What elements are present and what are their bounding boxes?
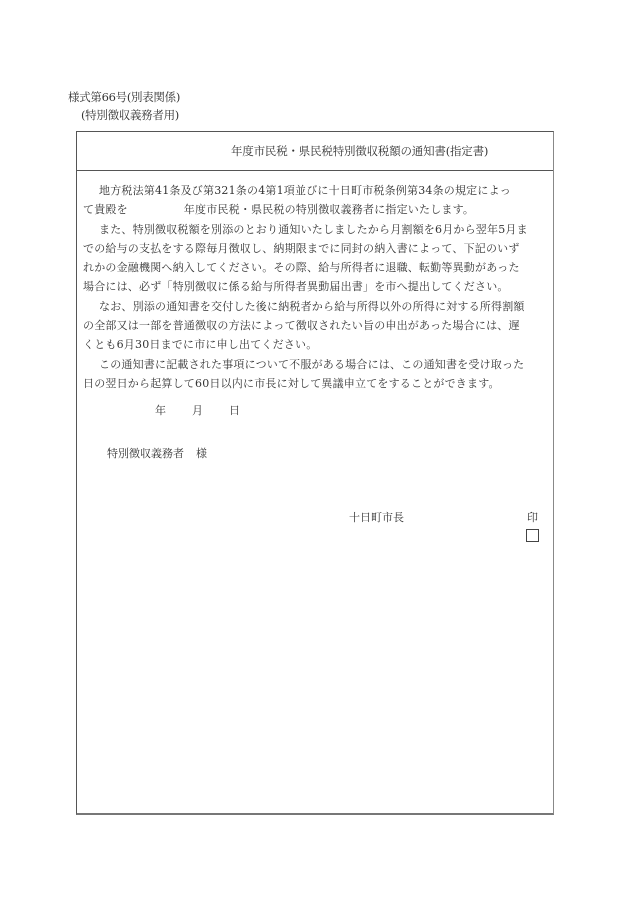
body-line-legal-basis: 地方税法第41条及び第321条の4第1項並びに十日町市税条例第34条の規定によっ: [83, 181, 551, 200]
title-row: 年度市民税・県民税特別徴収税額の通知書(指定書): [77, 132, 553, 171]
year-label: 年: [155, 403, 166, 419]
document-title: 年度市民税・県民税特別徴収税額の通知書(指定書): [231, 143, 488, 159]
recipient-label: 特別徴収義務者: [107, 447, 184, 460]
day-label: 日: [229, 403, 240, 419]
body-line-payment: での給与の支払をする際毎月徴収し、納期限までに同封の納入書によって、下記のいず: [83, 239, 551, 258]
form-subtitle: (特別徴収義務者用): [81, 107, 179, 123]
body-line-financial-institution: れかの金融機関へ納入してください。その際、給与所得者に退職、転勤等異動があった: [83, 258, 551, 277]
body-line-other-income: なお、別添の通知書を交付した後に納税者から給与所得以外の所得に対する所得割額: [83, 297, 551, 316]
body-line-deadline: くとも6月30日までに市に申し出てください。: [83, 335, 551, 354]
issuer-name: 十日町市長: [349, 510, 404, 526]
recipient: 特別徴収義務者様: [107, 446, 207, 462]
recipient-honorific: 様: [196, 447, 207, 460]
body-line-objection: この通知書に記載された事項について不服がある場合には、この通知書を受け取った: [83, 355, 551, 374]
seal-box: [526, 529, 539, 542]
seal-label: 印: [527, 510, 538, 526]
body-line-designation: て貴殿を 年度市民税・県民税の特別徴収義務者に指定いたします。: [83, 200, 551, 219]
month-label: 月: [192, 403, 203, 419]
body-line-ordinary-collection: の全部又は一部を普通徴収の方法によって徴収されたい旨の申出があった場合には、遅: [83, 316, 551, 335]
form-number: 様式第66号(別表関係): [68, 89, 180, 105]
body-line-change-report: 場合には、必ず「特別徴収に係る給与所得者異動届出書」を市へ提出してください。: [83, 277, 551, 296]
body-line-objection-period: 日の翌日から起算して60日以内に市長に対して異議申立てをすることができます。: [83, 374, 551, 393]
notice-document: 年度市民税・県民税特別徴収税額の通知書(指定書) 地方税法第41条及び第321条…: [76, 131, 554, 815]
body-line-monthly-amount: また、特別徴収税額を別添のとおり通知いたしましたから月割額を6月から翌年5月ま: [83, 220, 551, 239]
issue-date: 年月日: [155, 403, 240, 419]
document-body: 地方税法第41条及び第321条の4第1項並びに十日町市税条例第34条の規定によっ…: [83, 181, 551, 393]
